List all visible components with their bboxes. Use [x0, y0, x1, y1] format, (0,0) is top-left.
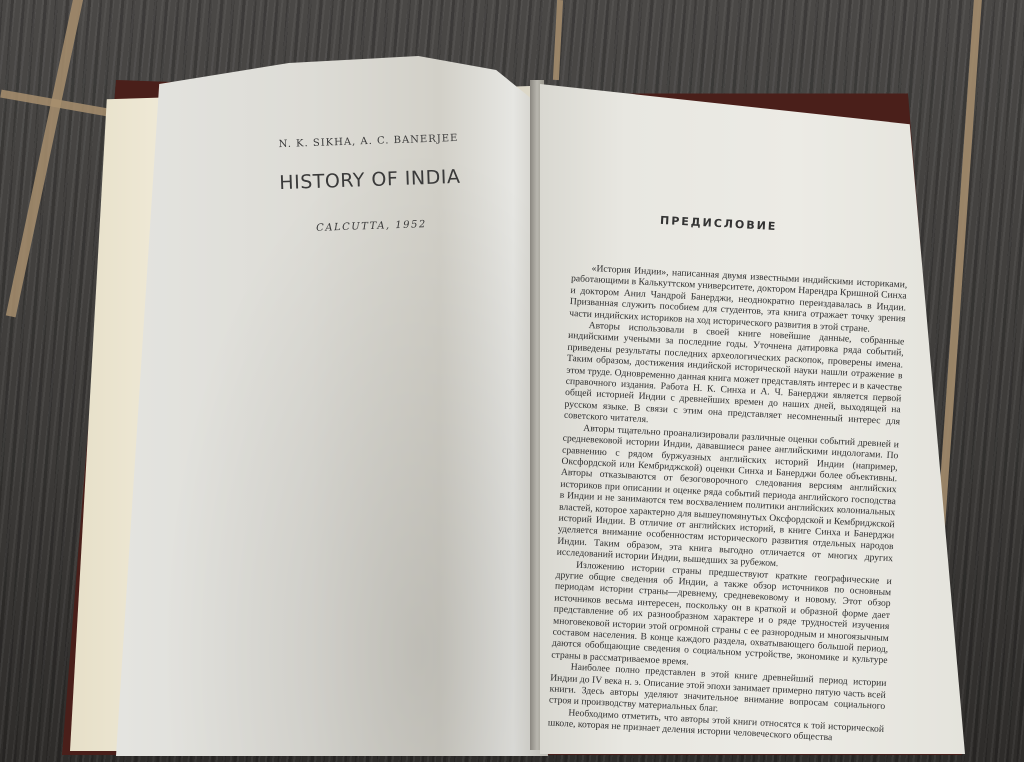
preface-body: «История Индии», написанная двумя извест…: [548, 262, 908, 747]
preface-paragraph: Изложению истории страны предшествуют кр…: [551, 558, 892, 678]
preface-paragraph: Авторы использовали в своей книге новейш…: [564, 319, 905, 439]
book-title: HISTORY OF INDIA: [250, 165, 491, 195]
title-page-block: N. K. SIKHA, A. C. BANERJEE HISTORY OF I…: [248, 132, 491, 236]
preface-paragraph: Авторы тщательно проанализировали различ…: [556, 421, 899, 575]
